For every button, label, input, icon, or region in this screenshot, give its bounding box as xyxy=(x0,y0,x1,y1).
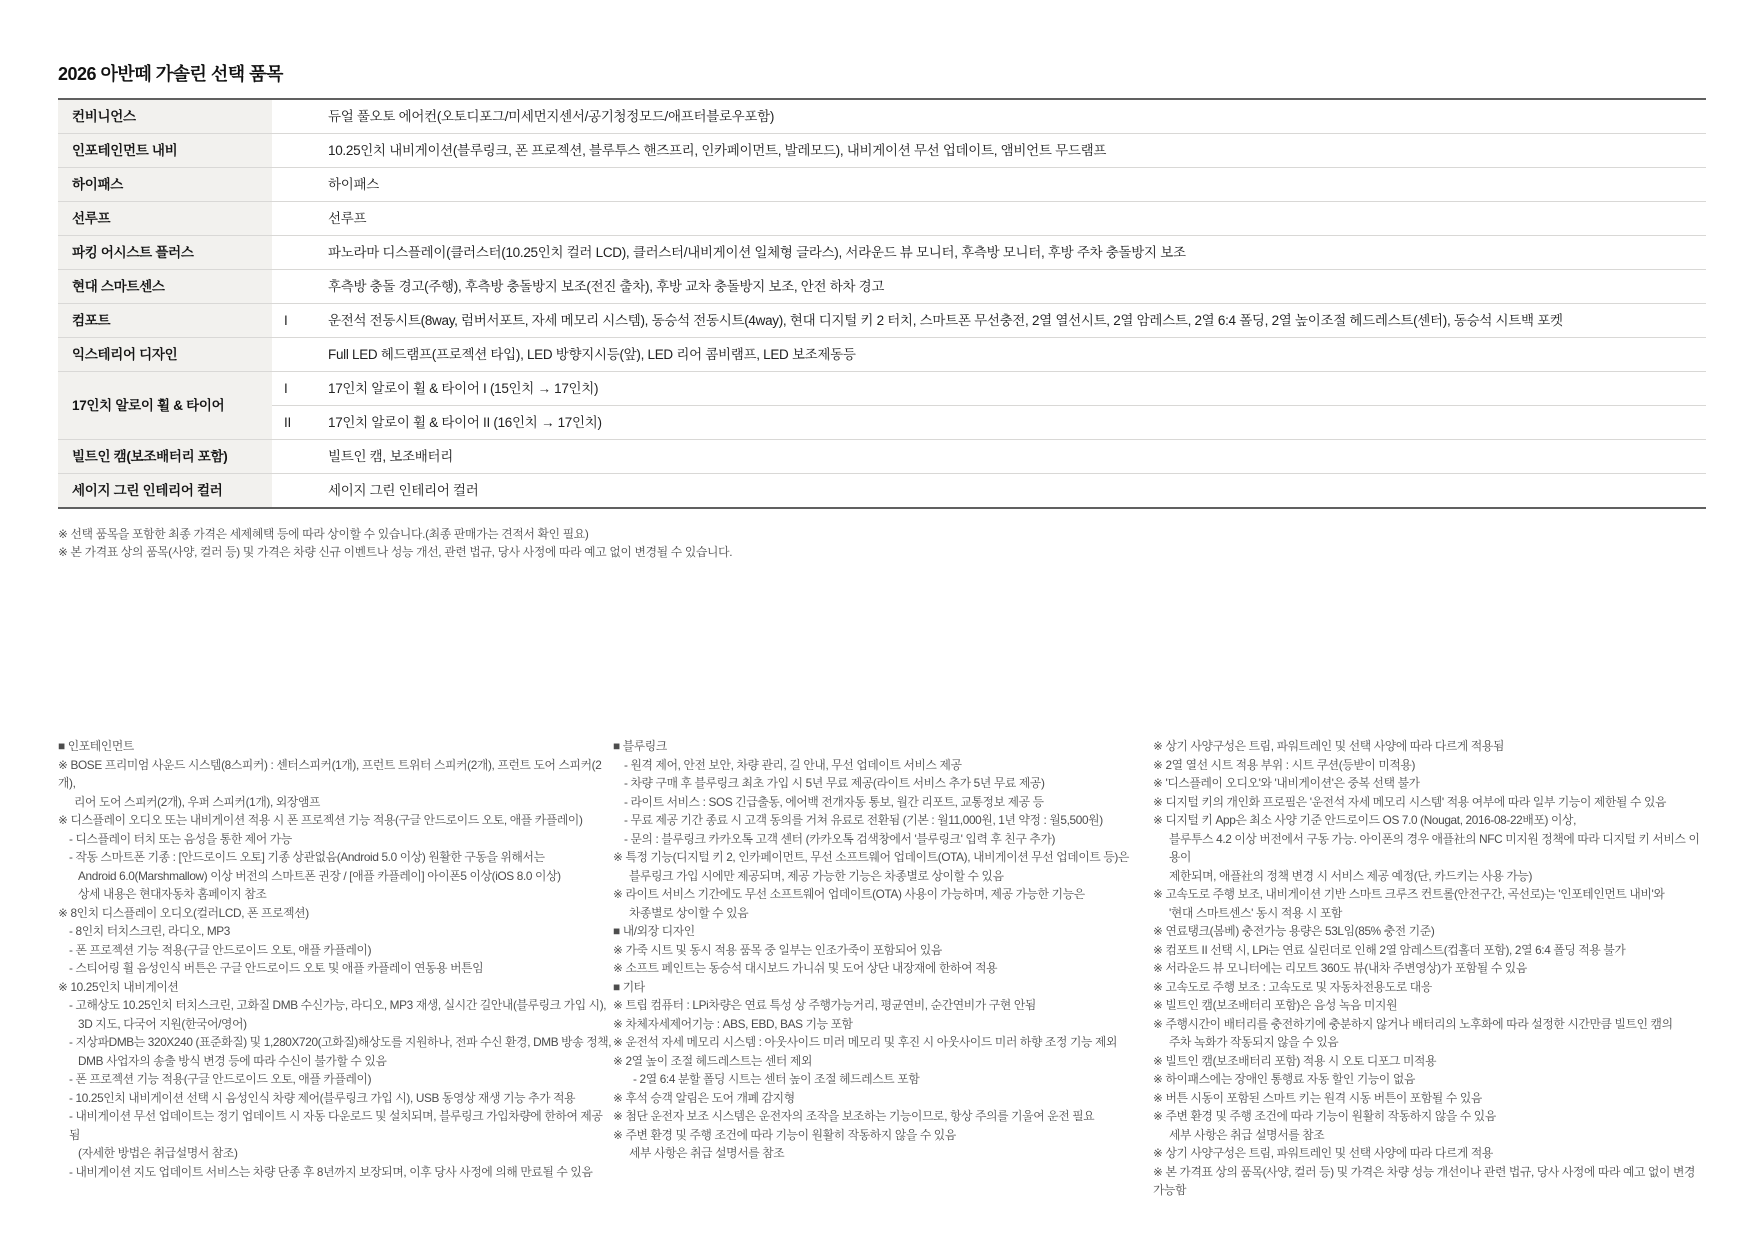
note-line: Android 6.0(Marshmallow) 이상 버전의 스마트폰 권장 … xyxy=(58,867,613,886)
option-variant-marker xyxy=(272,440,328,474)
option-group-label: 선루프 xyxy=(58,202,272,236)
note-line: 차종별로 상이할 수 있음 xyxy=(613,904,1153,923)
note-line: ■ 기타 xyxy=(613,978,1153,997)
note-line: - 2열 6:4 분할 폴딩 시트는 센터 높이 조절 헤드레스트 포함 xyxy=(613,1070,1153,1089)
note-line: ※ 컴포트 II 선택 시, LPi는 연료 실린더로 인해 2열 암레스트(컵… xyxy=(1153,941,1706,960)
note-line: ※ 소프트 페인트는 동승석 대시보드 가니쉬 및 도어 상단 내장재에 한하여… xyxy=(613,959,1153,978)
footnote-line: ※ 선택 품목을 포함한 최종 가격은 세제혜택 등에 따라 상이할 수 있습니… xyxy=(58,526,1706,544)
note-line: ※ 버튼 시동이 포함된 스마트 키는 원격 시동 버튼이 포함될 수 있음 xyxy=(1153,1089,1706,1108)
option-variant-marker xyxy=(272,99,328,134)
option-group-label: 하이패스 xyxy=(58,168,272,202)
note-line: ※ 빌트인 캠(보조배터리 포함)은 음성 녹음 미지원 xyxy=(1153,996,1706,1015)
note-line: 세부 사항은 취급 설명서를 참조 xyxy=(613,1144,1153,1163)
note-line: ■ 블루링크 xyxy=(613,737,1153,756)
option-variant-marker xyxy=(272,168,328,202)
note-line: 주차 녹화가 작동되지 않을 수 있음 xyxy=(1153,1033,1706,1052)
table-row: 17인치 알로이 휠 & 타이어 I 17인치 알로이 휠 & 타이어 I (1… xyxy=(58,372,1706,406)
option-group-label: 익스테리어 디자인 xyxy=(58,338,272,372)
note-line: - 고해상도 10.25인치 터치스크린, 고화질 DMB 수신가능, 라디오,… xyxy=(58,996,613,1015)
note-line: ※ 가죽 시트 및 동시 적용 품목 중 일부는 인조가죽이 포함되어 있음 xyxy=(613,941,1153,960)
note-line: 블루링크 가입 시에만 제공되며, 제공 가능한 기능은 차종별로 상이할 수 … xyxy=(613,867,1153,886)
option-group-label: 인포테인먼트 내비 xyxy=(58,134,272,168)
option-items: 17인치 알로이 휠 & 타이어 I (15인치 → 17인치) xyxy=(328,372,1706,406)
table-row: II 17인치 알로이 휠 & 타이어 II (16인치 → 17인치) xyxy=(58,406,1706,440)
note-line: ※ 2열 높이 조절 헤드레스트는 센터 제외 xyxy=(613,1052,1153,1071)
note-line: ※ 하이패스에는 장애인 통행료 자동 할인 기능이 없음 xyxy=(1153,1070,1706,1089)
note-line: (자세한 방법은 취급설명서 참조) xyxy=(58,1144,613,1163)
notes-column-infotainment: ■ 인포테인먼트 ※ BOSE 프리미엄 사운드 시스템(8스피커) : 센터스… xyxy=(58,737,613,1181)
option-items: 세이지 그린 인테리어 컬러 xyxy=(328,474,1706,509)
option-variant-marker xyxy=(272,474,328,509)
note-line: - 내비게이션 무선 업데이트는 정기 업데이트 시 자동 다운로드 및 설치되… xyxy=(58,1107,613,1144)
note-line: - 폰 프로젝션 기능 적용(구글 안드로이드 오토, 애플 카플레이) xyxy=(58,1070,613,1089)
note-line: ※ 본 가격표 상의 품목(사양, 컬러 등) 및 가격은 차량 성능 개선이나… xyxy=(1153,1163,1706,1200)
note-line: ※ 상기 사양구성은 트림, 파워트레인 및 선택 사양에 따라 다르게 적용됨 xyxy=(1153,737,1706,756)
note-line: 상세 내용은 현대자동차 홈페이지 참조 xyxy=(58,885,613,904)
note-line: - 차량 구매 후 블루링크 최초 가입 시 5년 무료 제공(라이트 서비스 … xyxy=(613,774,1153,793)
note-line: ※ 고속도로 주행 보조, 내비게이션 기반 스마트 크루즈 컨트롤(안전구간,… xyxy=(1153,885,1706,904)
notes-column-general: ※ 상기 사양구성은 트림, 파워트레인 및 선택 사양에 따라 다르게 적용됨… xyxy=(1153,737,1706,1200)
note-line: ※ 운전석 자세 메모리 시스템 : 아웃사이드 미러 메모리 및 후진 시 아… xyxy=(613,1033,1153,1052)
note-line: ※ 디스플레이 오디오 또는 내비게이션 적용 시 폰 프로젝션 기능 적용(구… xyxy=(58,811,613,830)
note-line: ※ 후석 승객 알림은 도어 개폐 감지형 xyxy=(613,1089,1153,1108)
option-group-label: 빌트인 캠(보조배터리 포함) xyxy=(58,440,272,474)
option-variant-marker xyxy=(272,338,328,372)
option-items: 빌트인 캠, 보조배터리 xyxy=(328,440,1706,474)
option-variant-marker: II xyxy=(272,406,328,440)
table-row: 파킹 어시스트 플러스 파노라마 디스플레이(클러스터(10.25인치 컬러 L… xyxy=(58,236,1706,270)
note-line: - 작동 스마트폰 기종 : [안드로이드 오토] 기종 상관없음(Androi… xyxy=(58,848,613,867)
note-line: ※ 특정 기능(디지털 키 2, 인카페이먼트, 무선 소프트웨어 업데이트(O… xyxy=(613,848,1153,867)
note-line: 세부 사항은 취급 설명서를 참조 xyxy=(1153,1126,1706,1145)
table-row: 빌트인 캠(보조배터리 포함) 빌트인 캠, 보조배터리 xyxy=(58,440,1706,474)
note-line: ※ 빌트인 캠(보조배터리 포함) 적용 시 오토 디포그 미적용 xyxy=(1153,1052,1706,1071)
note-line: ※ '디스플레이 오디오'와 '내비게이션'은 중복 선택 불가 xyxy=(1153,774,1706,793)
option-items: 후측방 충돌 경고(주행), 후측방 충돌방지 보조(전진 출차), 후방 교차… xyxy=(328,270,1706,304)
note-line: ※ 차체자세제어기능 : ABS, EBD, BAS 기능 포함 xyxy=(613,1015,1153,1034)
note-line: - 폰 프로젝션 기능 적용(구글 안드로이드 오토, 애플 카플레이) xyxy=(58,941,613,960)
note-line: DMB 사업자의 송출 방식 변경 등에 따라 수신이 불가할 수 있음 xyxy=(58,1052,613,1071)
note-line: ※ 고속도로 주행 보조 : 고속도로 및 자동차전용도로 대응 xyxy=(1153,978,1706,997)
note-line: ※ 첨단 운전자 보조 시스템은 운전자의 조작을 보조하는 기능이므로, 항상… xyxy=(613,1107,1153,1126)
note-line: ■ 인포테인먼트 xyxy=(58,737,613,756)
note-line: - 무료 제공 기간 종료 시 고객 동의를 거쳐 유료로 전환됨 (기본 : … xyxy=(613,811,1153,830)
option-variant-marker xyxy=(272,134,328,168)
option-items: 17인치 알로이 휠 & 타이어 II (16인치 → 17인치) xyxy=(328,406,1706,440)
option-group-label: 현대 스마트센스 xyxy=(58,270,272,304)
option-group-label: 컴포트 xyxy=(58,304,272,338)
note-line: - 문의 : 블루링크 카카오톡 고객 센터 (카카오톡 검색창에서 '블루링크… xyxy=(613,830,1153,849)
option-group-label: 세이지 그린 인테리어 컬러 xyxy=(58,474,272,509)
note-line: ■ 내/외장 디자인 xyxy=(613,922,1153,941)
table-row: 현대 스마트센스 후측방 충돌 경고(주행), 후측방 충돌방지 보조(전진 출… xyxy=(58,270,1706,304)
option-items: 듀얼 풀오토 에어컨(오토디포그/미세먼지센서/공기청정모드/애프터블로우포함) xyxy=(328,99,1706,134)
note-line: - 10.25인치 내비게이션 선택 시 음성인식 차량 제어(블루링크 가입 … xyxy=(58,1089,613,1108)
table-row: 컴포트 I 운전석 전동시트(8way, 럼버서포트, 자세 메모리 시스템),… xyxy=(58,304,1706,338)
option-variant-marker xyxy=(272,236,328,270)
note-line: - 라이트 서비스 : SOS 긴급출동, 에어백 전개자동 통보, 월간 리포… xyxy=(613,793,1153,812)
table-row: 하이패스 하이패스 xyxy=(58,168,1706,202)
option-items: 10.25인치 내비게이션(블루링크, 폰 프로젝션, 블루투스 핸즈프리, 인… xyxy=(328,134,1706,168)
note-line: ※ 디지털 키 App은 최소 사양 기준 안드로이드 OS 7.0 (Noug… xyxy=(1153,811,1706,830)
note-line: ※ 연료탱크(봄베) 충전가능 용량은 53L임(85% 충전 기준) xyxy=(1153,922,1706,941)
page-title: 2026 아반떼 가솔린 선택 품목 xyxy=(58,62,1706,86)
note-line: ※ 라이트 서비스 기간에도 무선 소프트웨어 업데이트(OTA) 사용이 가능… xyxy=(613,885,1153,904)
option-variant-marker: I xyxy=(272,372,328,406)
price-sheet-page: 2026 아반떼 가솔린 선택 품목 컨비니언스 듀얼 풀오토 에어컨(오토디포… xyxy=(0,0,1754,1240)
note-line: - 지상파DMB는 320X240 (표준화질) 및 1,280X720(고화질… xyxy=(58,1033,613,1052)
note-line: ※ 주행시간이 배터리를 충전하기에 충분하지 않거나 배터리의 노후화에 따라… xyxy=(1153,1015,1706,1034)
note-line: ※ 주변 환경 및 주행 조건에 따라 기능이 원활히 작동하지 않을 수 있음 xyxy=(1153,1107,1706,1126)
table-row: 세이지 그린 인테리어 컬러 세이지 그린 인테리어 컬러 xyxy=(58,474,1706,509)
option-variant-marker: I xyxy=(272,304,328,338)
table-row: 선루프 선루프 xyxy=(58,202,1706,236)
table-footnotes: ※ 선택 품목을 포함한 최종 가격은 세제혜택 등에 따라 상이할 수 있습니… xyxy=(58,526,1706,561)
option-items: Full LED 헤드램프(프로젝션 타입), LED 방향지시등(앞), LE… xyxy=(328,338,1706,372)
option-group-label: 컨비니언스 xyxy=(58,99,272,134)
note-line: - 원격 제어, 안전 보안, 차량 관리, 길 안내, 무선 업데이트 서비스… xyxy=(613,756,1153,775)
note-line: ※ 트립 컴퓨터 : LPi차량은 연료 특성 상 주행가능거리, 평균연비, … xyxy=(613,996,1153,1015)
option-items: 파노라마 디스플레이(클러스터(10.25인치 컬러 LCD), 클러스터/내비… xyxy=(328,236,1706,270)
table-row: 익스테리어 디자인 Full LED 헤드램프(프로젝션 타입), LED 방향… xyxy=(58,338,1706,372)
option-table: 컨비니언스 듀얼 풀오토 에어컨(오토디포그/미세먼지센서/공기청정모드/애프터… xyxy=(58,98,1706,509)
note-line: ※ 서라운드 뷰 모니터에는 리모트 360도 뷰(내차 주변영상)가 포함될 … xyxy=(1153,959,1706,978)
option-items: 운전석 전동시트(8way, 럼버서포트, 자세 메모리 시스템), 동승석 전… xyxy=(328,304,1706,338)
note-line: - 스티어링 휠 음성인식 버튼은 구글 안드로이드 오토 및 애플 카플레이 … xyxy=(58,959,613,978)
note-line: 블루투스 4.2 이상 버전에서 구동 가능. 아이폰의 경우 애플社의 NFC… xyxy=(1153,830,1706,867)
note-line: 리어 도어 스피커(2개), 우퍼 스피커(1개), 외장앰프 xyxy=(58,793,613,812)
notes-section: ■ 인포테인먼트 ※ BOSE 프리미엄 사운드 시스템(8스피커) : 센터스… xyxy=(58,737,1706,1200)
option-group-label: 17인치 알로이 휠 & 타이어 xyxy=(58,372,272,440)
table-row: 인포테인먼트 내비 10.25인치 내비게이션(블루링크, 폰 프로젝션, 블루… xyxy=(58,134,1706,168)
footnote-line: ※ 본 가격표 상의 품목(사양, 컬러 등) 및 가격은 차량 신규 이벤트나… xyxy=(58,544,1706,562)
option-group-label: 파킹 어시스트 플러스 xyxy=(58,236,272,270)
note-line: ※ BOSE 프리미엄 사운드 시스템(8스피커) : 센터스피커(1개), 프… xyxy=(58,756,613,793)
option-variant-marker xyxy=(272,270,328,304)
note-line: - 디스플레이 터치 또는 음성을 통한 제어 가능 xyxy=(58,830,613,849)
note-line: - 내비게이션 지도 업데이트 서비스는 차량 단종 후 8년까지 보장되며, … xyxy=(58,1163,613,1182)
table-row: 컨비니언스 듀얼 풀오토 에어컨(오토디포그/미세먼지센서/공기청정모드/애프터… xyxy=(58,99,1706,134)
option-items: 선루프 xyxy=(328,202,1706,236)
note-line: 3D 지도, 다국어 지원(한국어/영어) xyxy=(58,1015,613,1034)
note-line: '현대 스마트센스' 동시 적용 시 포함 xyxy=(1153,904,1706,923)
note-line: ※ 상기 사양구성은 트림, 파워트레인 및 선택 사양에 따라 다르게 적용 xyxy=(1153,1144,1706,1163)
notes-column-bluelink-design-etc: ■ 블루링크 - 원격 제어, 안전 보안, 차량 관리, 길 안내, 무선 업… xyxy=(613,737,1153,1163)
note-line: ※ 10.25인치 내비게이션 xyxy=(58,978,613,997)
note-line: ※ 디지털 키의 개인화 프로필은 '운전석 자세 메모리 시스템' 적용 여부… xyxy=(1153,793,1706,812)
note-line: - 8인치 터치스크린, 라디오, MP3 xyxy=(58,922,613,941)
note-line: 제한되며, 애플社의 정책 변경 시 서비스 제공 예정(단, 카드키는 사용 … xyxy=(1153,867,1706,886)
option-variant-marker xyxy=(272,202,328,236)
note-line: ※ 주변 환경 및 주행 조건에 따라 기능이 원활히 작동하지 않을 수 있음 xyxy=(613,1126,1153,1145)
option-items: 하이패스 xyxy=(328,168,1706,202)
note-line: ※ 2열 열선 시트 적용 부위 : 시트 쿠션(등받이 미적용) xyxy=(1153,756,1706,775)
note-line: ※ 8인치 디스플레이 오디오(컬러LCD, 폰 프로젝션) xyxy=(58,904,613,923)
